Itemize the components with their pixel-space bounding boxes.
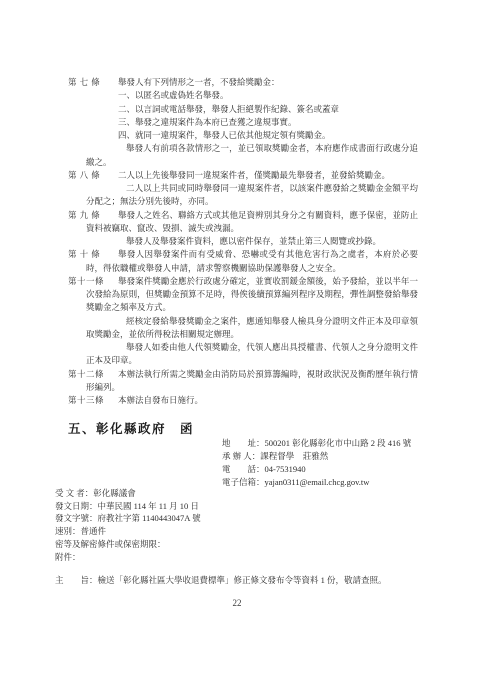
article-number: 第 七 條 <box>68 76 100 89</box>
article: 第 十 條舉發人因舉發案件而有受威脅、恐嚇或受有其他危害行為之虞者，本府於必要時… <box>68 248 418 275</box>
article-paragraph: 二人以上先後舉發同一違規案件者，僅獎勵最先舉發者，並發給獎勵金。 <box>86 169 418 182</box>
article-number: 第十三條 <box>68 394 104 407</box>
article-number: 第十二條 <box>68 368 104 381</box>
article-paragraph: 三、舉發之違規案件為本府已查獲之違規事實。 <box>118 116 418 129</box>
letter-contact-line: 電子信箱：yajan0311@email.chcg.gov.tw <box>222 476 411 489</box>
article: 第十三條本辦法自發布日施行。 <box>68 394 418 407</box>
article-body: 舉發人之姓名、聯絡方式或其他足資辨別其身分之有關資料，應予保密，並防止資料被竊取… <box>86 209 418 249</box>
article-body: 本辦法自發布日施行。 <box>86 394 418 407</box>
article-body: 舉發人因舉發案件而有受威脅、恐嚇或受有其他危害行為之虞者，本府於必要時，得依職權… <box>86 248 418 275</box>
article: 第十一條舉發案件獎勵金應於行政處分確定，並實收罰鍰金額後，始予發給，並以半年一次… <box>68 275 418 368</box>
letter-meta-line: 發文日期：中華民國 114 年 11 月 10 日 <box>55 500 201 513</box>
article-paragraph: 四、就同一違規案件，舉發人已依其他規定領有獎勵金。 <box>118 129 418 142</box>
article-paragraph: 一、以匿名或虛偽姓名舉發。 <box>118 89 418 102</box>
article-paragraph: 舉發案件獎勵金應於行政處分確定，並實收罰鍰金額後，始予發給，並以半年一次發給為原… <box>86 275 418 315</box>
article-paragraph: 舉發人有下列情形之一者，不發給獎勵金： <box>86 76 418 89</box>
document-page: 第 七 條舉發人有下列情形之一者，不發給獎勵金：一、以匿名或虛偽姓名舉發。二、以… <box>0 0 480 679</box>
article-paragraph: 舉發人及舉發案件資料，應以密件保存，並禁止第三人閱覽或抄錄。 <box>86 235 418 248</box>
article-body: 二人以上先後舉發同一違規案件者，僅獎勵最先舉發者，並發給獎勵金。二人以上共同或同… <box>86 169 418 209</box>
article-body: 本辦法執行所需之獎勵金由消防局於預算籌編時，視財政狀況及衡酌歷年執行情形編列。 <box>86 368 418 395</box>
article-number: 第十一條 <box>68 275 104 288</box>
article: 第 七 條舉發人有下列情形之一者，不發給獎勵金：一、以匿名或虛偽姓名舉發。二、以… <box>68 76 418 169</box>
article-paragraph: 舉發人因舉發案件而有受威脅、恐嚇或受有其他危害行為之虞者，本府於必要時，得依職權… <box>86 248 418 275</box>
article-paragraph: 二人以上共同或同時舉發同一違規案件者，以該案件應發給之獎勵金金額平均分配之；無法… <box>86 182 418 209</box>
article-paragraph: 舉發人之姓名、聯絡方式或其他足資辨別其身分之有關資料，應予保密，並防止資料被竊取… <box>86 209 418 236</box>
article-paragraph: 二、以言詞或電話舉發，舉發人拒絕製作紀錄、簽名或蓋章 <box>118 103 418 116</box>
article: 第 八 條二人以上先後舉發同一違規案件者，僅獎勵最先舉發者，並發給獎勵金。二人以… <box>68 169 418 209</box>
article-paragraph: 本辦法執行所需之獎勵金由消防局於預算籌編時，視財政狀況及衡酌歷年執行情形編列。 <box>86 368 418 395</box>
article-number: 第 八 條 <box>68 169 100 182</box>
letter-meta-line: 附件： <box>55 551 201 564</box>
letter-meta-line: 密等及解密條件或保密期限： <box>55 538 201 551</box>
article-number: 第 十 條 <box>68 248 100 261</box>
article: 第 九 條舉發人之姓名、聯絡方式或其他足資辨別其身分之有關資料，應予保密，並防止… <box>68 209 418 249</box>
letter-contact-block: 地 址：500201 彰化縣彰化市中山路 2 段 416 號承 辦 人：課程督學… <box>222 437 411 489</box>
letter-contact-line: 地 址：500201 彰化縣彰化市中山路 2 段 416 號 <box>222 437 411 450</box>
article-paragraph: 舉發人如委由他人代領獎勵金，代領人應出具授權書、代領人之身分證明文件正本及印章。 <box>86 341 418 368</box>
letter-meta-line: 速別：普通件 <box>55 525 201 538</box>
letter-meta-line: 受 文 者：彰化縣議會 <box>55 487 201 500</box>
article-number: 第 九 條 <box>68 209 100 222</box>
article-paragraph: 舉發人有前項各款情形之一，並已領取獎勵金者，本府應作成書面行政處分追繳之。 <box>86 142 418 169</box>
letter-contact-line: 電 話：04-7531940 <box>222 463 411 476</box>
letter-section-title: 五、彰化縣政府 函 <box>68 419 194 437</box>
article-paragraph: 本辦法自發布日施行。 <box>86 394 418 407</box>
article-paragraph: 經核定發給舉發獎勵金之案件，應通知舉發人檢具身分證明文件正本及印章領取獎勵金，並… <box>86 315 418 342</box>
letter-meta-line: 發文字號：府教社字第 1140443047A 號 <box>55 512 201 525</box>
letter-subject-line: 主 旨：檢送「彰化縣社區大學收退費標準」修正條文發布令等資料 1 份，敬請查照。 <box>55 574 427 587</box>
letter-contact-line: 承 辦 人：課程督學 莊雅然 <box>222 450 411 463</box>
article-body: 舉發案件獎勵金應於行政處分確定，並實收罰鍰金額後，始予發給，並以半年一次發給為原… <box>86 275 418 368</box>
article: 第十二條本辦法執行所需之獎勵金由消防局於預算籌編時，視財政狀況及衡酌歷年執行情形… <box>68 368 418 395</box>
page-number: 22 <box>0 598 474 608</box>
regulation-articles-section: 第 七 條舉發人有下列情形之一者，不發給獎勵金：一、以匿名或虛偽姓名舉發。二、以… <box>68 76 418 407</box>
article-body: 舉發人有下列情形之一者，不發給獎勵金：一、以匿名或虛偽姓名舉發。二、以言詞或電話… <box>86 76 418 169</box>
letter-meta-block: 受 文 者：彰化縣議會發文日期：中華民國 114 年 11 月 10 日發文字號… <box>55 487 201 563</box>
